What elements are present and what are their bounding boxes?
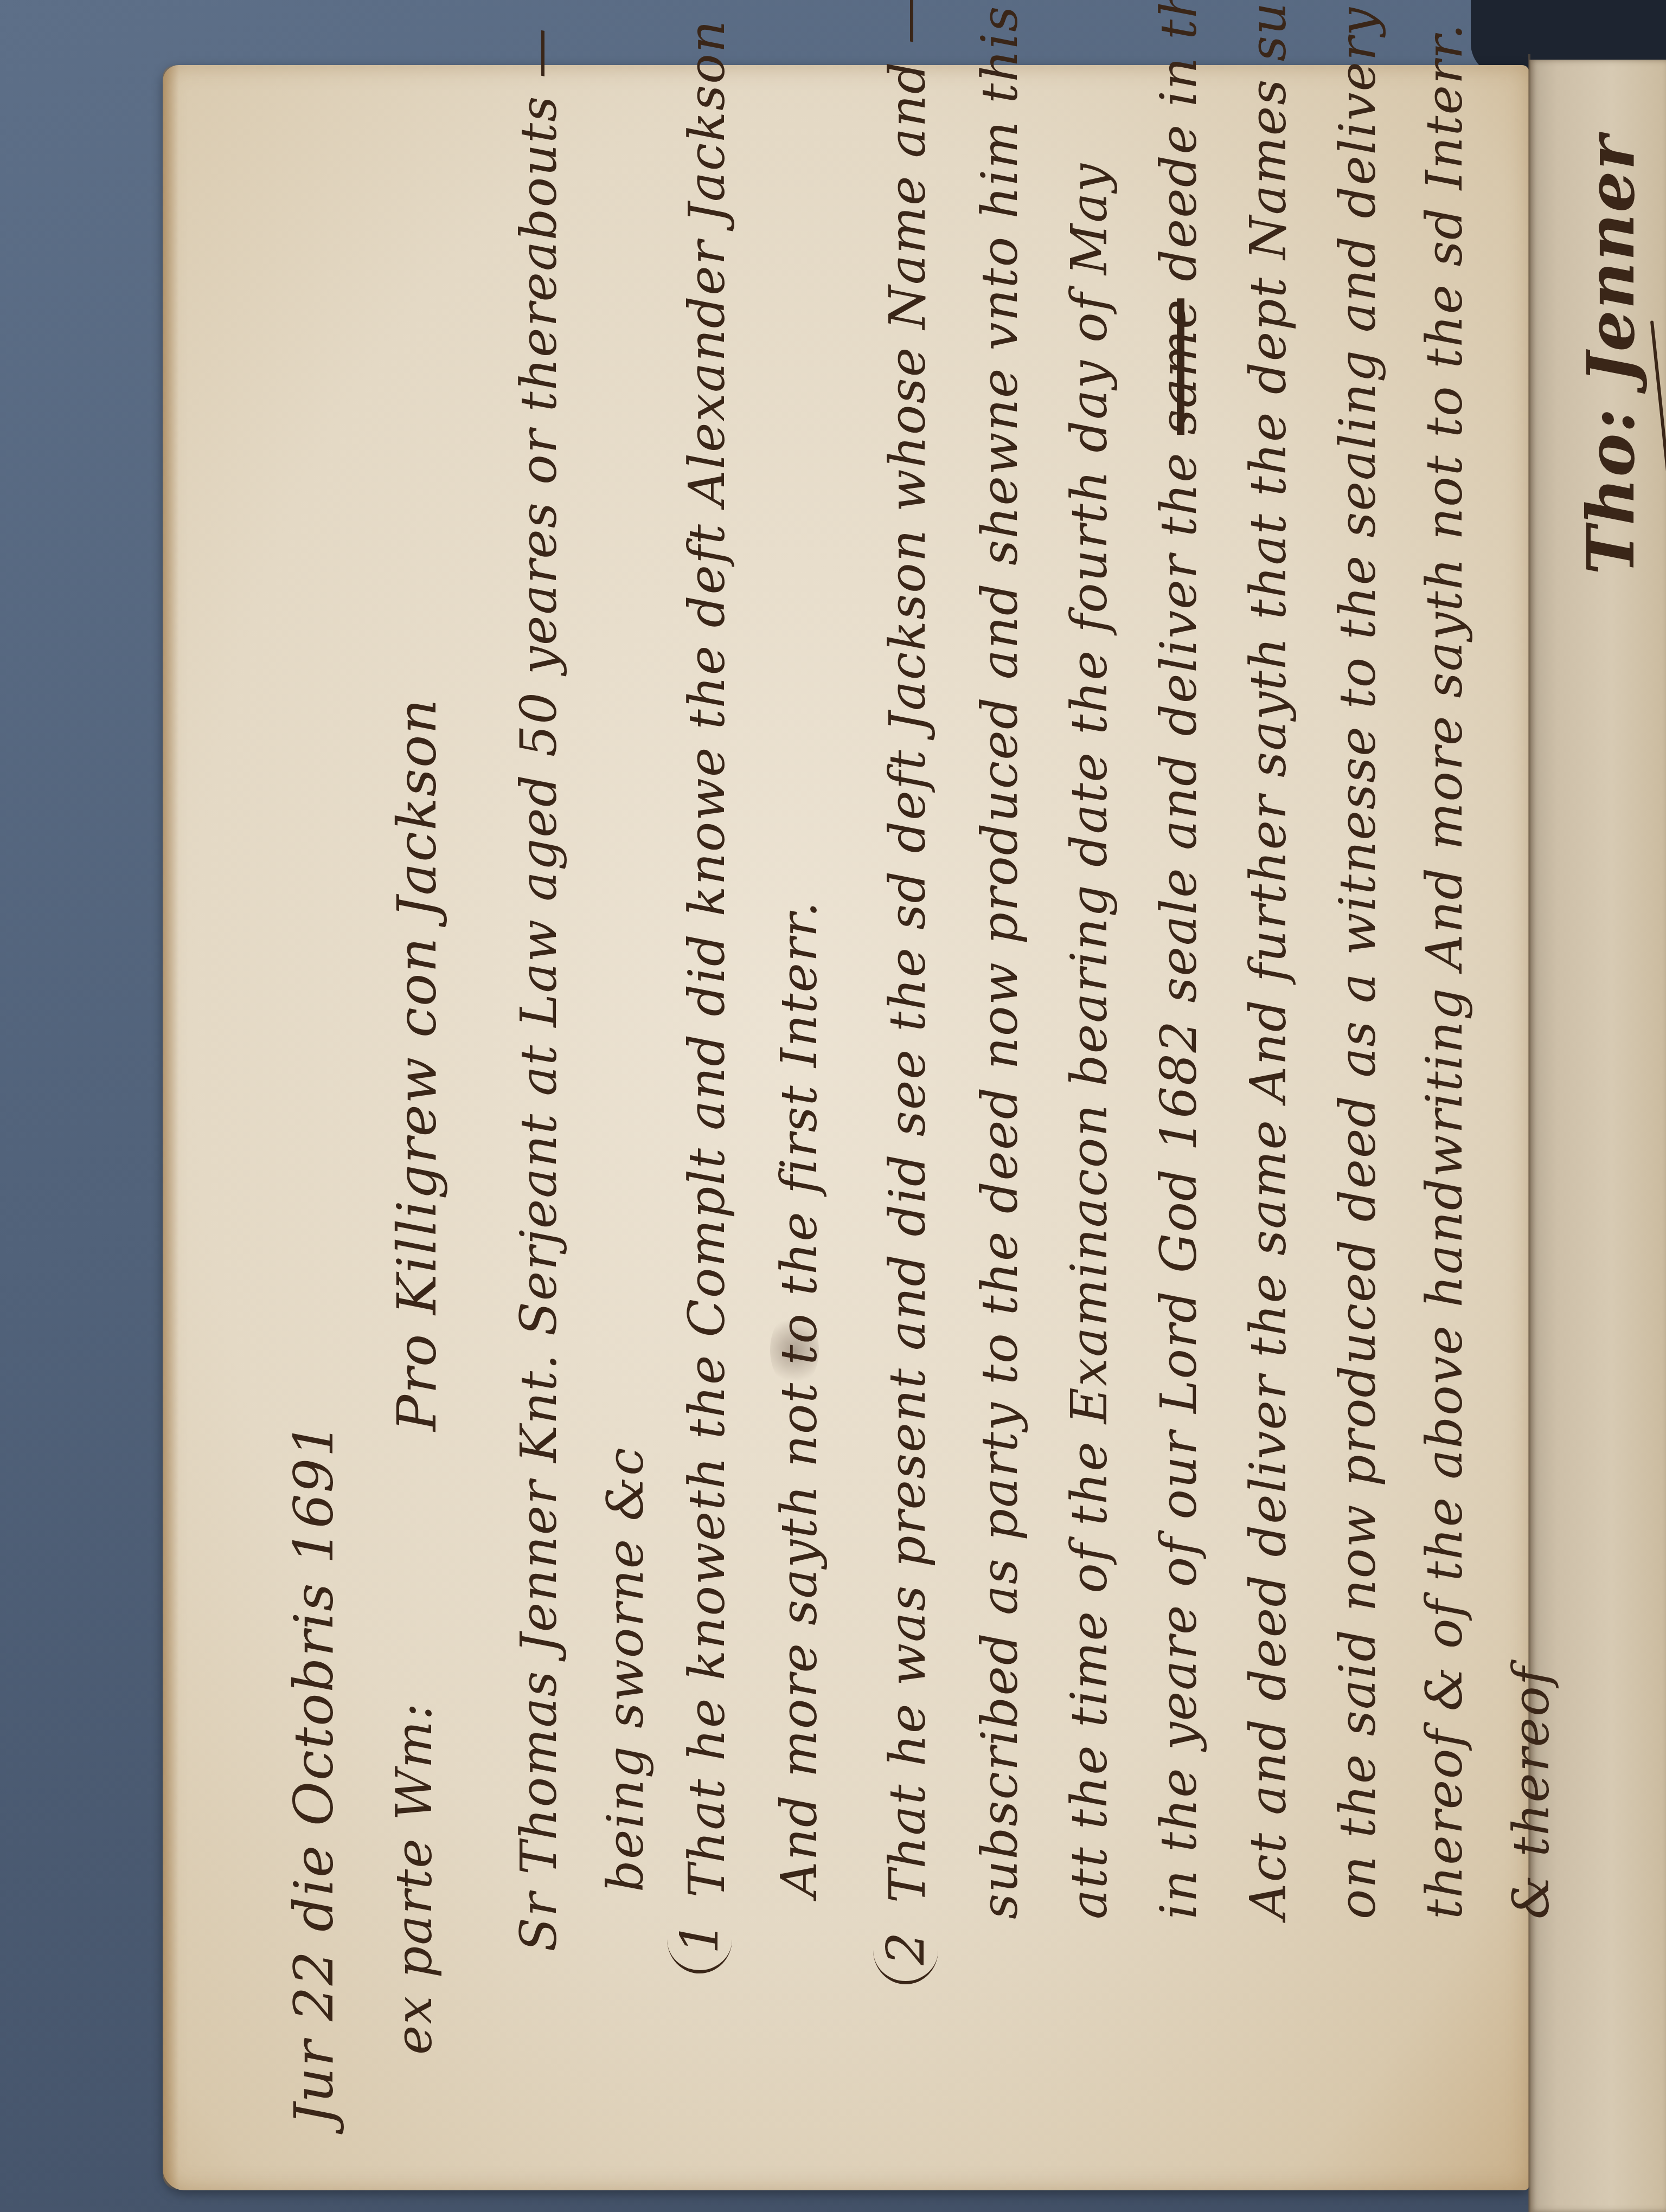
interrogatory-number-1: 1 [667,1905,732,1973]
interrogatory-2-line-5: Act and deed deliver the same And furthe… [1239,0,1297,1919]
interrogatory-1-line-1: That he knoweth the Complt and did knowe… [678,20,736,1898]
line-4-tail: deede in the presence [1150,0,1208,281]
line-4-text: in the yeare of our Lord God 1682 seale … [1150,452,1208,1919]
case-title: Pro Killigrew con Jackson [385,698,448,1431]
interrogatory-2-line-7: thereof & of the above handwriting And m… [1415,23,1473,1919]
handwritten-text-block: Jur 22 die Octobris 1691 ex parte Wm: Pr… [206,98,1453,2147]
deposition-date: Jur 22 die Octobris 1691 [282,1422,345,2125]
deponent-signature: Tho: Jenner [1573,134,1649,575]
interrogatory-1-line-2: And more sayth not to the first Interr. [770,901,828,1898]
paper-stained-edge [163,65,179,2190]
interrogatory-number-2: 2 [873,1916,938,1984]
interrogatory-2-line-3: att the time of the Examinacon bearing d… [1060,163,1118,1919]
struck-out-word: same [1150,298,1208,435]
ink-blot [770,1312,819,1388]
interrogatory-2-line-6: on the said now produced deed as a witne… [1329,7,1387,1919]
interrogatory-2-line-2: subscribed as party to the deed now prod… [971,0,1029,1919]
deponent-line-2: being sworne &c [597,1446,655,1892]
interrogatory-2-line-8: & thereof [1502,1666,1560,1919]
interrogatory-2-line-4: in the yeare of our Lord God 1682 seale … [1150,0,1208,1919]
interrogatory-2-line-1: That he was present and did see the sd d… [879,0,937,1903]
deponent-line-1: Sr Thomas Jenner Knt. Serjeant at Law ag… [510,27,568,1952]
party-line: ex parte Wm: [385,1702,443,2055]
